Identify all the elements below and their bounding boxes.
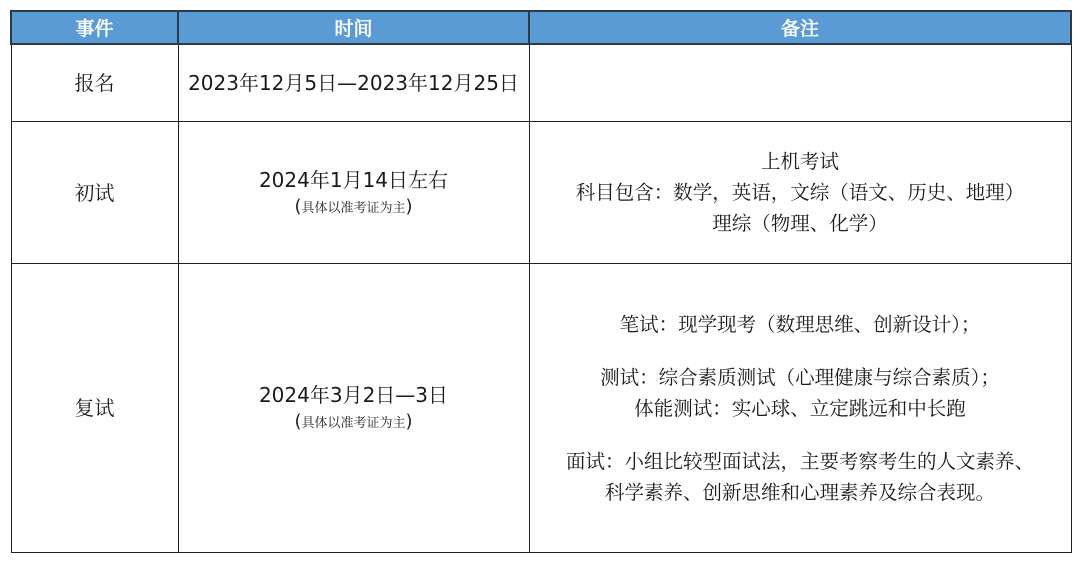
time-text: 2024年3月2日—3日 <box>179 380 529 410</box>
header-time: 时间 <box>178 11 529 44</box>
event-cell: 报名 <box>11 44 178 122</box>
table-row-signup: 报名 2023年12月5日—2023年12月25日 <box>11 44 1071 122</box>
time-cell: 2023年12月5日—2023年12月25日 <box>178 44 529 122</box>
header-remarks: 备注 <box>529 11 1071 44</box>
header-event: 事件 <box>11 11 178 44</box>
remark-line: 上机考试 <box>530 146 1071 177</box>
event-cell: 初试 <box>11 122 178 264</box>
remarks-cell <box>529 44 1071 122</box>
time-note: (具体以准考证为主) <box>179 195 529 221</box>
time-text: 2024年1月14日左右 <box>179 165 529 195</box>
event-cell: 复试 <box>11 264 178 553</box>
remark-line: 测试：综合素质测试（心理健康与综合素质）； <box>530 362 1071 393</box>
remark-line: 面试：小组比较型面试法，主要考察考生的人文素养、 <box>530 446 1071 477</box>
spacer <box>530 424 1071 446</box>
remark-line: 理综（物理、化学） <box>530 208 1071 239</box>
table-row-prelim: 初试 2024年1月14日左右 (具体以准考证为主) 上机考试 科目包含：数学，… <box>11 122 1071 264</box>
remarks-cell: 笔试：现学现考（数理思维、创新设计）； 测试：综合素质测试（心理健康与综合素质）… <box>529 264 1071 553</box>
time-note: (具体以准考证为主) <box>179 410 529 436</box>
time-cell: 2024年1月14日左右 (具体以准考证为主) <box>178 122 529 264</box>
remark-line: 科目包含：数学，英语，文综（语文、历史、地理） <box>530 177 1071 208</box>
spacer <box>530 340 1071 362</box>
time-cell: 2024年3月2日—3日 (具体以准考证为主) <box>178 264 529 553</box>
remarks-cell: 上机考试 科目包含：数学，英语，文综（语文、历史、地理） 理综（物理、化学） <box>529 122 1071 264</box>
remark-line: 笔试：现学现考（数理思维、创新设计）； <box>530 309 1071 340</box>
exam-schedule-table: 事件 时间 备注 报名 2023年12月5日—2023年12月25日 初试 20… <box>10 10 1072 553</box>
remark-line: 体能测试：实心球、立定跳远和中长跑 <box>530 393 1071 424</box>
time-text: 2023年12月5日—2023年12月25日 <box>188 71 519 95</box>
table-row-retest: 复试 2024年3月2日—3日 (具体以准考证为主) 笔试：现学现考（数理思维、… <box>11 264 1071 553</box>
header-row: 事件 时间 备注 <box>11 11 1071 44</box>
remark-line: 科学素养、创新思维和心理素养及综合表现。 <box>530 477 1071 508</box>
